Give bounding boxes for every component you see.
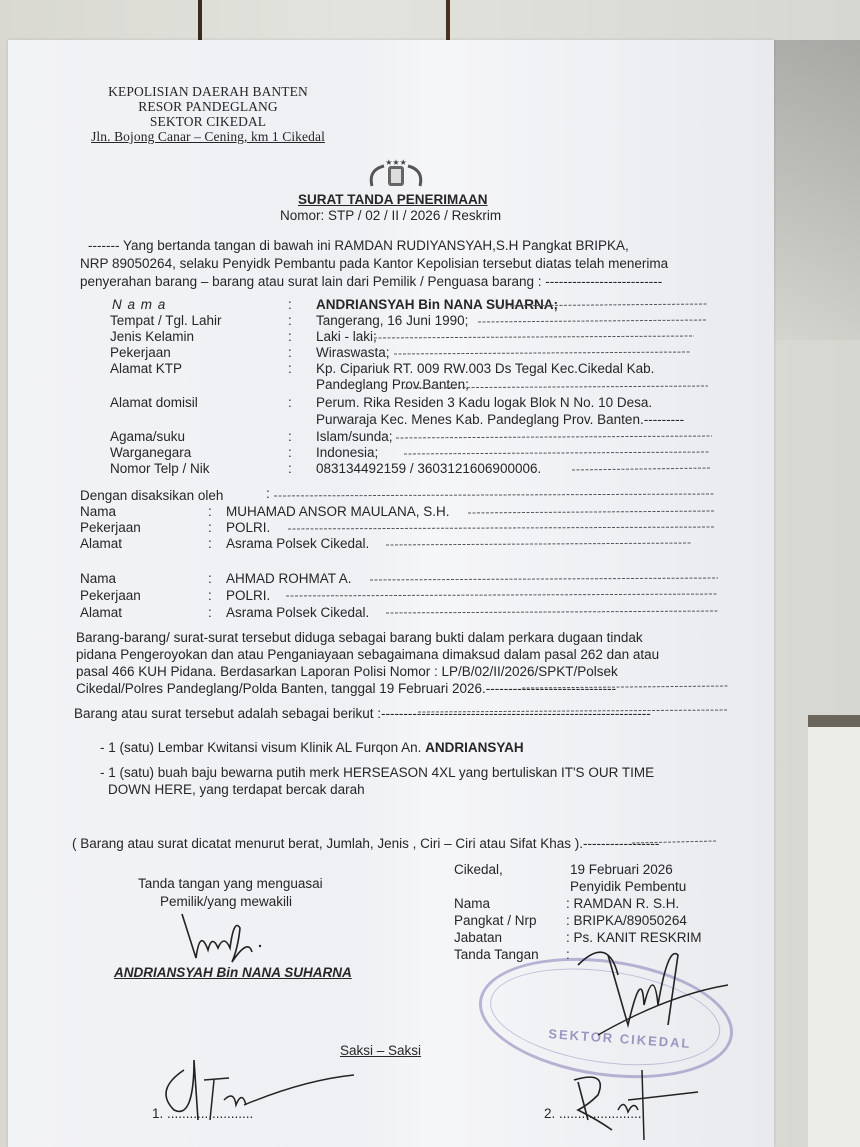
owner-sign-label-2: Pemilik/yang mewakili	[160, 894, 292, 909]
wall-crack	[446, 0, 450, 44]
owner-signature-icon	[178, 908, 268, 968]
owner-sign-label-1: Tanda tangan yang menguasai	[138, 876, 323, 891]
signoff-date: 19 Februari 2026	[570, 862, 673, 877]
evidence-item-1: - 1 (satu) Lembar Kwitansi visum Klinik …	[100, 740, 524, 755]
evidence-item-2: - 1 (satu) buah baju bewarna putih merk …	[100, 765, 654, 780]
owner-name: ANDRIANSYAH Bin NANA SUHARNA	[114, 965, 352, 980]
case-paragraph-line-3: pasal 466 KUH Pidana. Berdasarkan Lapora…	[76, 664, 618, 679]
items-intro: Barang atau surat tersebut adalah sebaga…	[74, 706, 651, 721]
document-page: KEPOLISIAN DAERAH BANTEN RESOR PANDEGLAN…	[8, 40, 774, 1147]
witness-1-signature-icon	[154, 1050, 354, 1130]
evidence-item-2-cont: DOWN HERE, yang terdapat bercak darah	[108, 782, 365, 797]
case-paragraph-line-4: Cikedal/Polres Pandeglang/Polda Banten, …	[76, 681, 616, 696]
note: ( Barang atau surat dicatat menurut bera…	[72, 836, 659, 851]
witness-2-signature-icon	[568, 1060, 708, 1140]
signoff-role: Penyidik Pembentu	[570, 879, 686, 894]
signoff-place: Cikedal,	[454, 862, 503, 877]
investigator-signature-icon	[568, 935, 738, 1045]
case-paragraph-line-1: Barang-barang/ surat-surat tersebut didu…	[76, 630, 643, 645]
window-ledge	[808, 715, 860, 727]
case-paragraph-line-2: pidana Pengeroyokan dan atau Penganiayaa…	[76, 647, 659, 662]
wall-tile	[808, 727, 860, 1147]
